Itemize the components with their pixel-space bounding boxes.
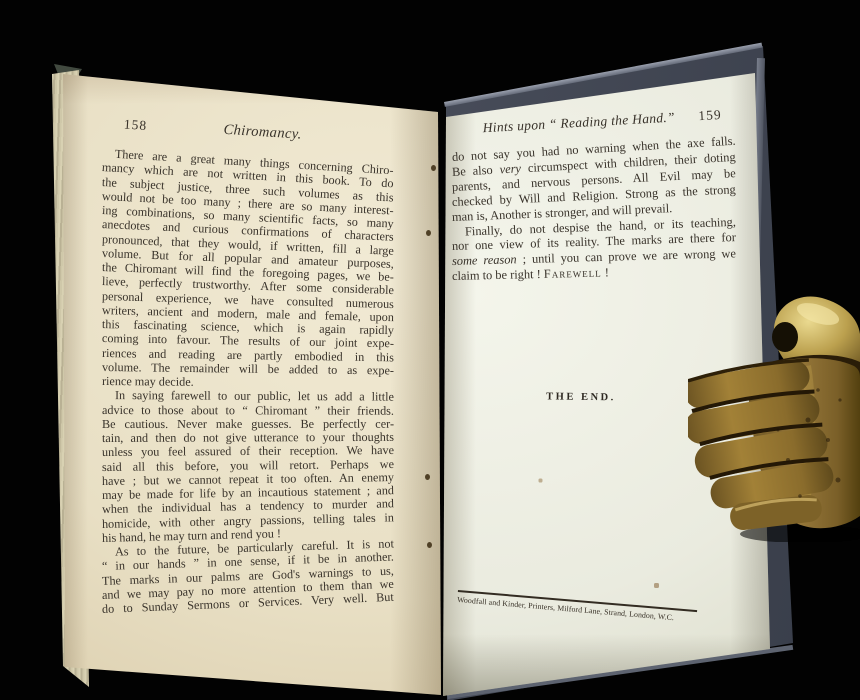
right-page-number: 159 [698, 107, 722, 124]
right-running-head: Hints upon “ Reading the Hand.” [452, 106, 736, 138]
paragraph: do not say you had no warning when the a… [452, 150, 736, 225]
left-page-text: There are a great many things concerning… [102, 146, 394, 616]
printer-imprint: Woodfall and Kinder, Printers, Milford L… [457, 590, 697, 624]
binding-stitch [431, 165, 436, 171]
right-page-text: do not say you had no warning when the a… [452, 150, 736, 284]
left-page-header: 158 Chiromancy. [99, 114, 391, 149]
text-line: In saying farewell to our public, let us… [102, 388, 394, 404]
right-page-header: Hints upon “ Reading the Hand.” 159 [452, 106, 736, 138]
paragraph: There are a great many things concerning… [102, 146, 394, 388]
cuff-hole [772, 322, 798, 352]
binding-stitch [425, 474, 430, 480]
paragraph: As to the future, be particularly carefu… [102, 545, 394, 616]
binding-stitch [427, 542, 432, 548]
brass-hand-sculpture [688, 270, 860, 542]
binding-stitch [426, 230, 431, 236]
text-line: Be cautious. Never make guesses. Be perf… [102, 417, 394, 431]
paragraph: In saying farewell to our public, let us… [102, 388, 394, 545]
paper-foxing-specks [0, 0, 1, 1]
book-photo-scene: 158 Chiromancy. There are a great many t… [0, 0, 860, 700]
left-page-number: 158 [123, 117, 147, 134]
top-edge-shadow-left [58, 70, 442, 104]
gutter-shadow-left [390, 95, 442, 700]
text-line: advice to those about to “ Chiromant ” t… [102, 403, 394, 418]
